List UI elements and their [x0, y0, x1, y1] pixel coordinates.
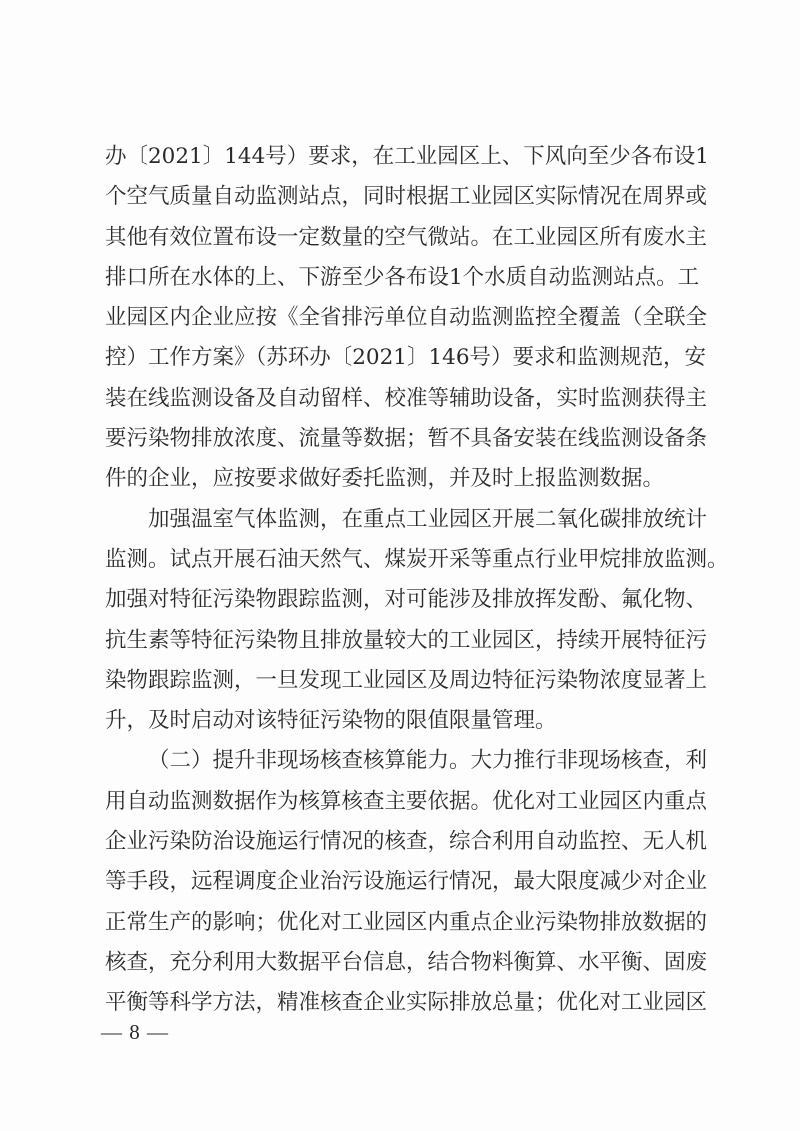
text-line: 办〔2021〕144号）要求，在工业园区上、下风向至少各布设1 [105, 137, 697, 177]
text-line: 染物跟踪监测，一旦发现工业园区及周边特征污染物浓度显著上 [105, 661, 697, 701]
text-line: 加强温室气体监测，在重点工业园区开展二氧化碳排放统计 [105, 500, 697, 540]
text-line: 升，及时启动对该特征污染物的限值限量管理。 [105, 701, 697, 741]
text-line: 平衡等科学方法，精准核查企业实际排放总量；优化对工业园区 [105, 983, 697, 1023]
text-line: 等手段，远程调度企业治污设施运行情况，最大限度减少对企业 [105, 862, 697, 902]
text-line: 监测。试点开展石油天然气、煤炭开采等重点行业甲烷排放监测。 [105, 540, 697, 580]
text-line: 正常生产的影响；优化对工业园区内重点企业污染物排放数据的 [105, 903, 697, 943]
document-page: 办〔2021〕144号）要求，在工业园区上、下风向至少各布设1 个空气质量自动监… [0, 0, 800, 1131]
paragraph-1: 办〔2021〕144号）要求，在工业园区上、下风向至少各布设1 个空气质量自动监… [105, 137, 697, 500]
paragraph-3: （二）提升非现场核查核算能力。大力推行非现场核查，利 用自动监测数据作为核算核查… [105, 741, 697, 1023]
text-line: 装在线监测设备及自动留样、校准等辅助设备，实时监测获得主 [105, 379, 697, 419]
text-line: 个空气质量自动监测站点，同时根据工业园区实际情况在周界或 [105, 177, 697, 217]
text-line: 要污染物排放浓度、流量等数据；暂不具备安装在线监测设备条 [105, 419, 697, 459]
text-line: 企业污染防治设施运行情况的核查，综合利用自动监控、无人机 [105, 822, 697, 862]
page-number: — 8 — [101, 1020, 169, 1045]
text-line: 其他有效位置布设一定数量的空气微站。在工业园区所有废水主 [105, 218, 697, 258]
text-line: 业园区内企业应按《全省排污单位自动监测监控全覆盖（全联全 [105, 298, 697, 338]
text-line: 用自动监测数据作为核算核查主要依据。优化对工业园区内重点 [105, 782, 697, 822]
text-line: 排口所在水体的上、下游至少各布设1个水质自动监测站点。工 [105, 258, 697, 298]
text-line: 件的企业，应按要求做好委托监测，并及时上报监测数据。 [105, 459, 697, 499]
paragraph-2: 加强温室气体监测，在重点工业园区开展二氧化碳排放统计 监测。试点开展石油天然气、… [105, 500, 697, 742]
text-line: 加强对特征污染物跟踪监测，对可能涉及排放挥发酚、氟化物、 [105, 580, 697, 620]
section-heading-line: （二）提升非现场核查核算能力。大力推行非现场核查，利 [105, 741, 697, 781]
text-line: 抗生素等特征污染物且排放量较大的工业园区，持续开展特征污 [105, 621, 697, 661]
text-line: 核查，充分利用大数据平台信息，结合物料衡算、水平衡、固废 [105, 943, 697, 983]
text-line: 控）工作方案》（苏环办〔2021〕146号）要求和监测规范，安 [105, 338, 697, 378]
document-body: 办〔2021〕144号）要求，在工业园区上、下风向至少各布设1 个空气质量自动监… [105, 137, 697, 1024]
